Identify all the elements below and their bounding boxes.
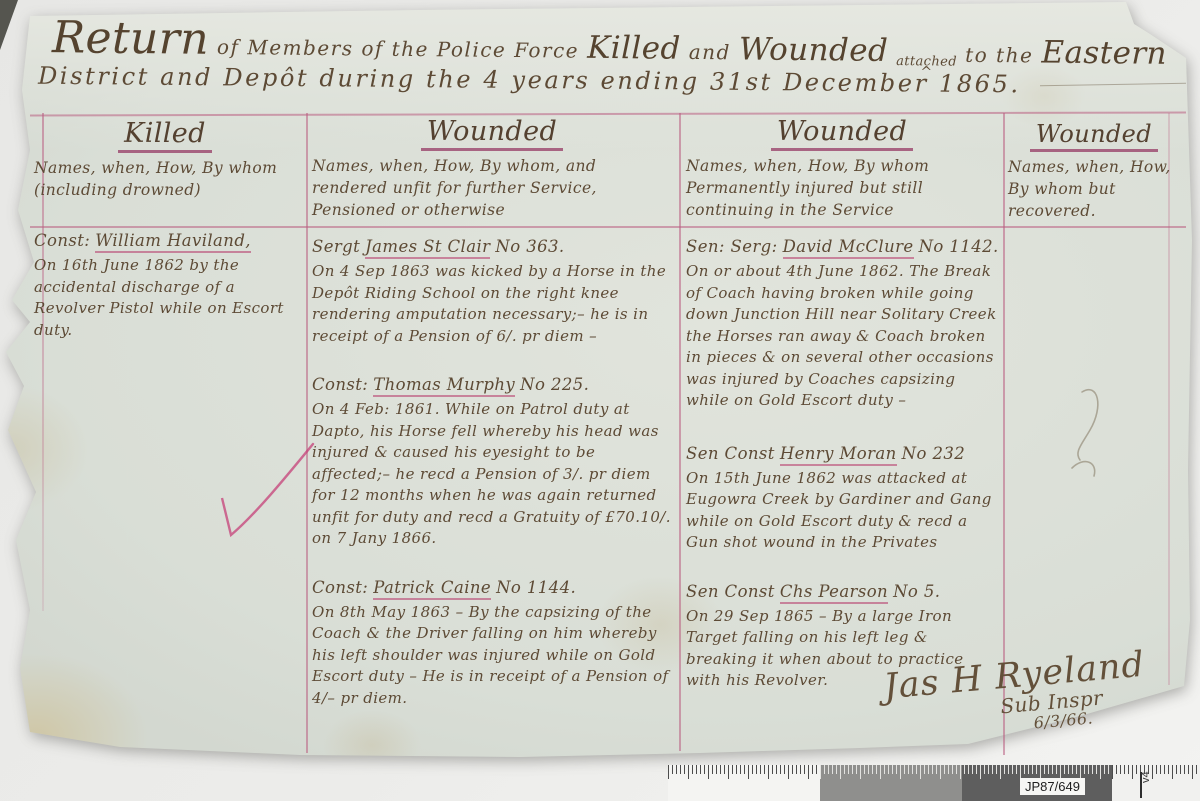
entry-caine: Const:Patrick CaineNo 1144. On 8th May 1… xyxy=(312,576,672,710)
scanned-document-page: Return of Members of the Police Force Ki… xyxy=(0,0,1200,801)
column-killed: Killed Names, when, How, By whom (includ… xyxy=(34,118,296,341)
entry-murphy: Const:Thomas MurphyNo 225. On 4 Feb: 186… xyxy=(312,373,672,550)
pink-check-mark xyxy=(198,438,318,548)
column-wounded1-heading: Wounded xyxy=(312,116,672,147)
column-wounded1-subheading: Names, when, How, By whom, and rendered … xyxy=(312,155,672,221)
column-wounded3-heading: Wounded xyxy=(1008,120,1180,148)
title-word-wounded: Wounded xyxy=(739,31,889,69)
entry-mcclure: Sen: Serg:David McClureNo 1142. On or ab… xyxy=(686,235,998,412)
title-word-eastern: Eastern xyxy=(1041,35,1167,72)
column-killed-heading: Killed xyxy=(34,118,296,149)
calibration-ruler-strip: JP87/649 v4 xyxy=(668,765,1200,801)
entry-text: On 16th June 1862 by the accidental disc… xyxy=(34,255,296,341)
reference-number-label: JP87/649 xyxy=(1020,778,1085,795)
column-wounded-serving: Wounded Names, when, How, By whom Perman… xyxy=(686,116,998,692)
ruler-ticks-left xyxy=(668,765,820,779)
column-wounded2-heading: Wounded xyxy=(686,116,998,147)
ruler-version-text: v4 xyxy=(1140,771,1152,783)
column-wounded2-subheading: Names, when, How, By whom Permanently in… xyxy=(686,155,998,221)
table-rule-col1 xyxy=(306,113,308,753)
faint-margin-mark xyxy=(1064,372,1134,482)
ruler-ticks-middle xyxy=(820,765,1112,779)
entry-stclair: SergtJames St ClairNo 363. On 4 Sep 1863… xyxy=(312,235,672,347)
title-word-killed: Killed xyxy=(587,30,681,67)
entry-haviland: Const:William Haviland, On 16th June 186… xyxy=(34,229,296,341)
title-word-return: Return xyxy=(52,12,209,65)
column-wounded-pensioned: Wounded Names, when, How, By whom, and r… xyxy=(312,116,672,709)
table-rule-col2 xyxy=(679,113,681,751)
ruler-ticks-right xyxy=(1112,765,1200,779)
entry-heading: Const:William Haviland, xyxy=(34,229,296,253)
column-killed-subheading: Names, when, How, By whom (including dro… xyxy=(34,157,296,201)
entry-moran: Sen ConstHenry MoranNo 232 On 15th June … xyxy=(686,442,998,554)
column-wounded-recovered: Wounded Names, when, How, By whom but re… xyxy=(1008,120,1180,222)
column-wounded3-subheading: Names, when, How, By whom but recovered. xyxy=(1008,156,1180,222)
